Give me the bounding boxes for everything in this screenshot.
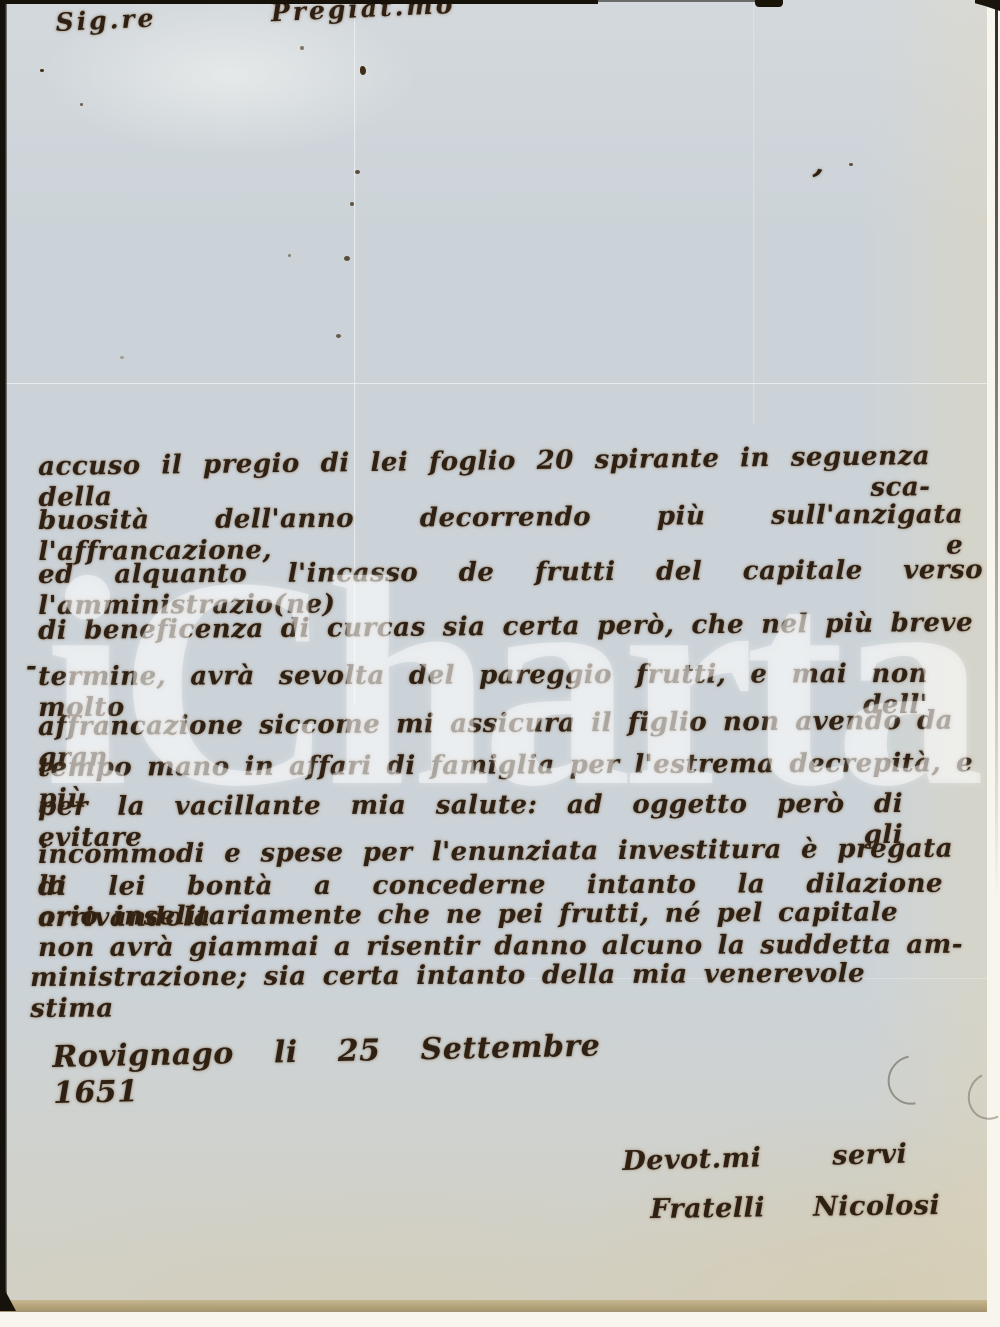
ink-speck	[344, 256, 350, 261]
body-line: orio inselitariamente che ne pei frutti,…	[38, 897, 898, 933]
ink-speck	[336, 334, 341, 338]
scan-background: { "document": { "addressee": "Sig.re Pre…	[0, 0, 1000, 1327]
letter-paper	[0, 0, 987, 1312]
ink-speck	[355, 170, 360, 174]
scan-edge-top	[0, 0, 598, 4]
dateline: Rovignago li 25 Settembre 1651	[52, 1029, 601, 1112]
ink-speck	[288, 254, 291, 257]
ink-speck	[849, 163, 853, 166]
closing-line-2: Fratelli Nicolosi	[650, 1190, 940, 1226]
scan-edge-left	[0, 0, 7, 1310]
ink-speck	[120, 356, 124, 359]
ink-speck	[360, 66, 366, 75]
ink-speck	[350, 202, 354, 206]
scan-edge-right	[995, 0, 998, 900]
scan-edge-top-fade	[598, 0, 758, 2]
ink-speck	[300, 46, 304, 50]
scan-edge-top-blob	[755, 0, 783, 7]
ink-speck	[40, 69, 44, 72]
scan-edge-bottom	[0, 1300, 987, 1312]
body-line: ministrazione; sia certa intanto della m…	[30, 959, 865, 1026]
ink-speck	[80, 103, 83, 106]
margin-dash: -	[26, 652, 46, 683]
